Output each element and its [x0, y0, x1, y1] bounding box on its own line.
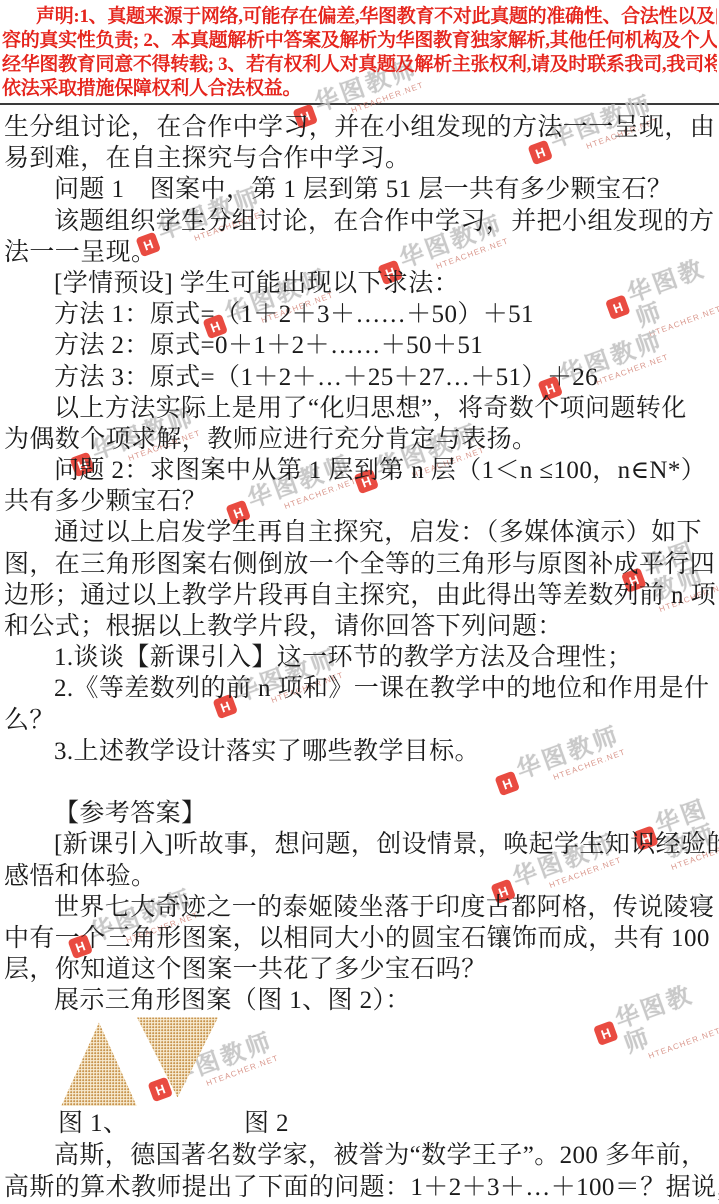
- dotted-triangle-up: [61, 1022, 137, 1106]
- text-line: 感悟和体验。: [4, 861, 719, 892]
- text-line: 易到难，在自主探究与合作中学习。: [4, 143, 719, 174]
- text-line: 方法 1：原式=（1＋2＋3＋……＋50）＋51: [4, 299, 719, 330]
- text-line: 问题 1 图案中，第 1 层到第 51 层一共有多少颗宝石？: [4, 174, 719, 205]
- text-line: 世界七大奇迹之一的泰姬陵坐落于印度古都阿格，传说陵寝: [4, 892, 719, 923]
- text-line: [学情预设] 学生可能出现以下求法：: [4, 268, 719, 299]
- text-line: 【参考答案】: [4, 798, 719, 829]
- disclaimer-text: 1、真题来源于网络,可能存在偏差,华图教育不对此真题的准确性、合法性以及内: [79, 6, 717, 27]
- text-line: 层，你知道这个图案一共花了多少宝石吗？: [4, 954, 719, 985]
- text-line: 展示三角形图案（图 1、图 2）：: [4, 985, 719, 1016]
- text-line: 生分组讨论，在合作中学习，并在小组发现的方法一一呈现，由: [4, 112, 719, 143]
- figure-caption-2: 图 2: [244, 1108, 289, 1140]
- dotted-triangle-down: [137, 1017, 218, 1097]
- text-line: 法一一呈现。: [4, 237, 719, 268]
- disclaimer-line: 经华图教育同意不得转载; 3、若有权利人对真题及解析主张权利,请及时联系我司,我…: [2, 53, 717, 77]
- text-line: 方法 3：原式=（1＋2＋…＋25＋27…＋51）＋26: [4, 362, 719, 393]
- figure-caption-row: 图 1、 图 2: [4, 1108, 719, 1140]
- text-line: 么？: [4, 705, 719, 736]
- disclaimer-line: 依法采取措施保障权利人合法权益。: [2, 77, 717, 101]
- text-line: 共有多少颗宝石？: [4, 486, 719, 517]
- text-line: 和公式；根据以上教学片段，请你回答下列问题：: [4, 611, 719, 642]
- text-line: 通过以上启发学生再自主探究，启发：（多媒体演示）如下: [4, 517, 719, 548]
- text-line: 问题 2：求图案中从第 1 层到第 n 层（1＜n ≤100，n∈N*）: [4, 455, 719, 486]
- text-line: 3.上述教学设计落实了哪些教学目标。: [4, 736, 719, 767]
- header-divider: [0, 103, 719, 105]
- text-line: 以上方法实际上是用了“化归思想”，将奇数个项问题转化: [4, 393, 719, 424]
- document-body: 生分组讨论，在合作中学习，并在小组发现的方法一一呈现，由 易到难，在自主探究与合…: [0, 112, 719, 1203]
- text-line: 该题组织学生分组讨论，在合作中学习，并把小组发现的方: [4, 206, 719, 237]
- figure-caption-1: 图 1、: [58, 1108, 128, 1140]
- text-line: 高斯，德国著名数学家，被誉为“数学王子”。200 多年前，: [4, 1140, 719, 1171]
- text-line: 边形；通过以上教学片段再自主探究，由此得出等差数列前 n 项: [4, 580, 719, 611]
- text-line: 高斯的算术教师提出了下面的问题：1＋2＋3＋…＋100＝？据说，: [4, 1172, 719, 1203]
- text-line: 1.谈谈【新课引入】这一环节的教学方法及合理性；: [4, 642, 719, 673]
- document-page: H华图教师HTEACHER.NETH华图教师HTEACHER.NETH华图教师H…: [0, 0, 719, 1204]
- disclaimer-line: 容的真实性负责; 2、本真题解析中答案及解析为华图教育独家解析,其他任何机构及个…: [2, 29, 717, 53]
- disclaimer-block: 声明:1、真题来源于网络,可能存在偏差,华图教育不对此真题的准确性、合法性以及内…: [0, 0, 719, 101]
- text-line: 中有一个三角形图案，以相同大小的圆宝石镶饰而成，共有 100: [4, 923, 719, 954]
- text-line: 图，在三角形图案右侧倒放一个全等的三角形与原图补成平行四: [4, 549, 719, 580]
- triangle-figure: [4, 1016, 719, 1108]
- text-line: 为偶数个项求解，教师应进行充分肯定与表扬。: [4, 424, 719, 455]
- disclaimer-label: 声明:: [36, 6, 79, 27]
- blank-line: [4, 767, 719, 798]
- text-line: 2.《等差数列的前 n 项和》一课在教学中的地位和作用是什: [4, 673, 719, 704]
- text-line: [新课引入]听故事，想问题，创设情景，唤起学生知识经验的: [4, 829, 719, 860]
- text-line: 方法 2：原式=0＋1＋2＋……＋50＋51: [4, 330, 719, 361]
- disclaimer-line: 声明:1、真题来源于网络,可能存在偏差,华图教育不对此真题的准确性、合法性以及内: [2, 5, 717, 29]
